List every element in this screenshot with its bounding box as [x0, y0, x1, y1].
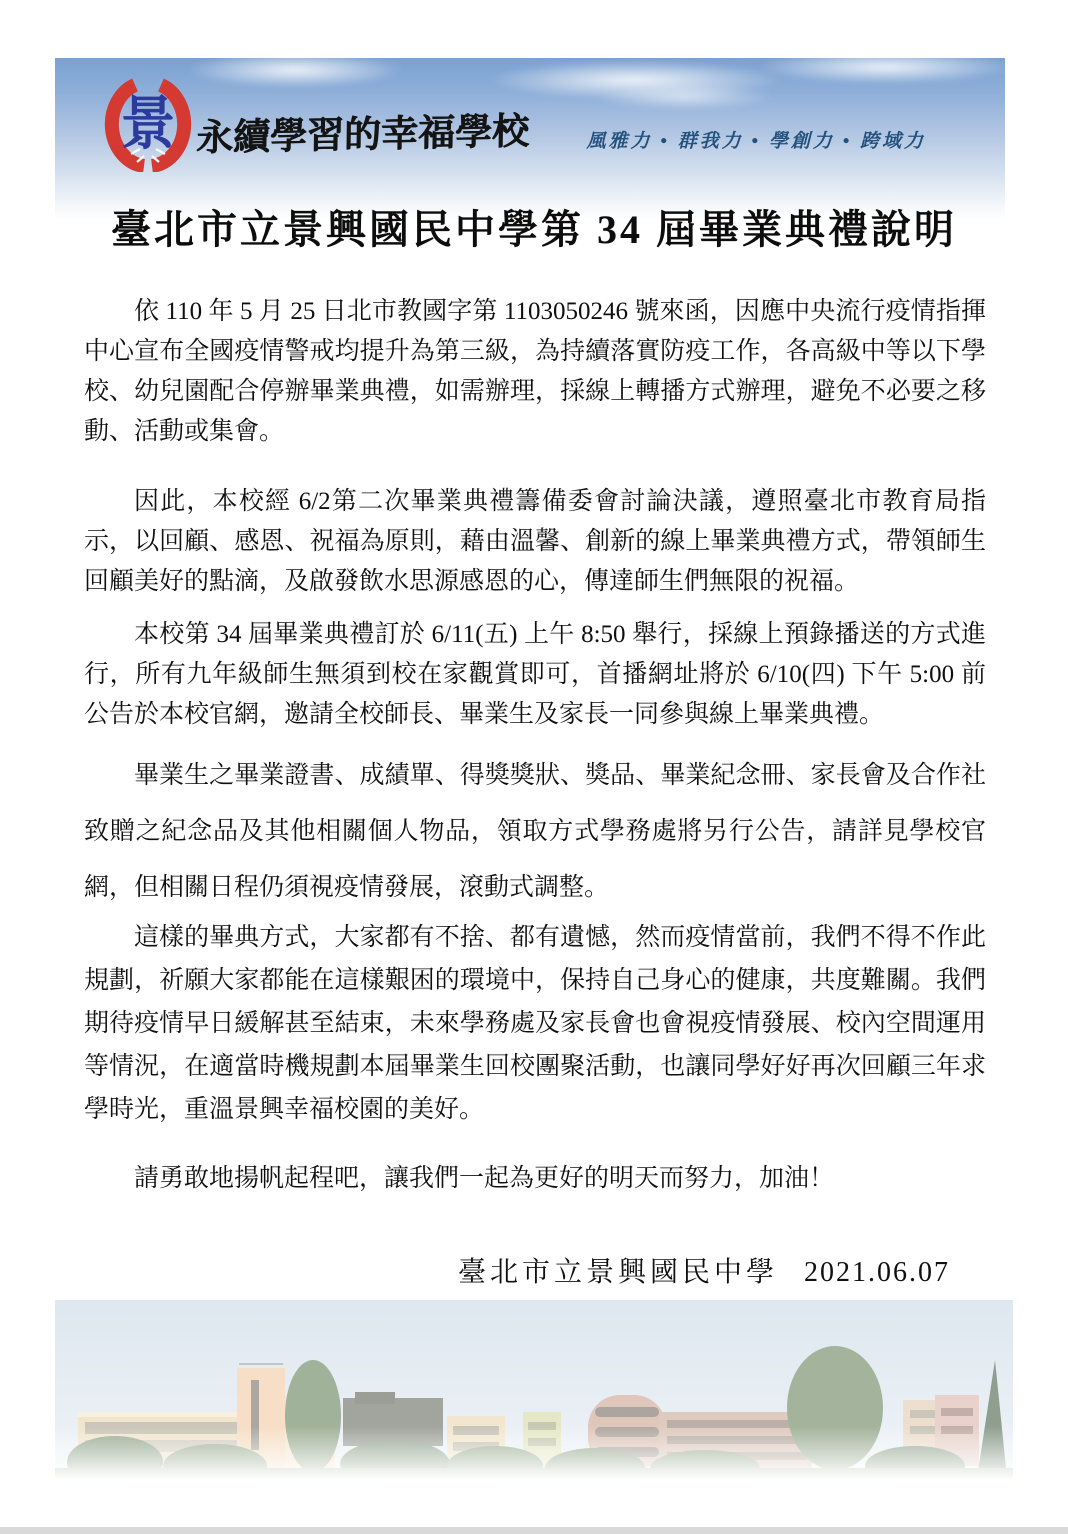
- school-motto: 風雅力 • 群我力 • 學創力 • 跨域力: [587, 126, 926, 153]
- logo-character: 景: [121, 93, 175, 157]
- cloud-decoration: [755, 58, 1005, 84]
- paragraph-5: 這樣的畢典方式，大家都有不捨、都有遺憾，然而疫情當前，我們不得不作此規劃，祈願大…: [84, 916, 986, 1131]
- school-logo-icon: 景: [104, 70, 192, 172]
- paragraph-3: 本校第 34 屆畢業典禮訂於 6/11(五) 上午 8:50 舉行，採線上預錄播…: [84, 615, 986, 735]
- cloud-decoration: [185, 58, 405, 88]
- paragraph-6: 請勇敢地揚帆起程吧，讓我們一起為更好的明天而努力，加油！: [84, 1159, 986, 1199]
- scan-edge-bar: [0, 1527, 1068, 1534]
- paragraph-1: 依 110 年 5 月 25 日北市教國字第 1103050246 號來函，因應…: [84, 292, 986, 452]
- paragraph-4: 畢業生之畢業證書、成績單、得獎獎狀、獎品、畢業紀念冊、家長會及合作社致贈之紀念品…: [84, 748, 986, 916]
- letter-body: 依 110 年 5 月 25 日北市教國字第 1103050246 號來函，因應…: [84, 292, 986, 1199]
- school-slogan-calligraphy: 永續學習的幸福學校: [196, 101, 527, 162]
- signature-line: 臺北市立景興國民中學2021.06.07: [458, 1250, 950, 1290]
- cloud-decoration: [595, 84, 775, 110]
- document-title: 臺北市立景興國民中學第 34 屆畢業典禮說明: [0, 198, 1068, 255]
- campus-photo: [55, 1300, 1013, 1478]
- paragraph-2: 因此，本校經 6/2第二次畢業典禮籌備委會討論決議，遵照臺北市教育局指示，以回顧…: [84, 482, 986, 602]
- scanned-letter-page: 景 永續學習的幸福學校 風雅力 • 群我力 • 學創力 • 跨域力 臺北市立景興…: [0, 0, 1068, 1534]
- signature-school: 臺北市立景興國民中學: [458, 1257, 778, 1288]
- signature-date: 2021.06.07: [804, 1257, 950, 1288]
